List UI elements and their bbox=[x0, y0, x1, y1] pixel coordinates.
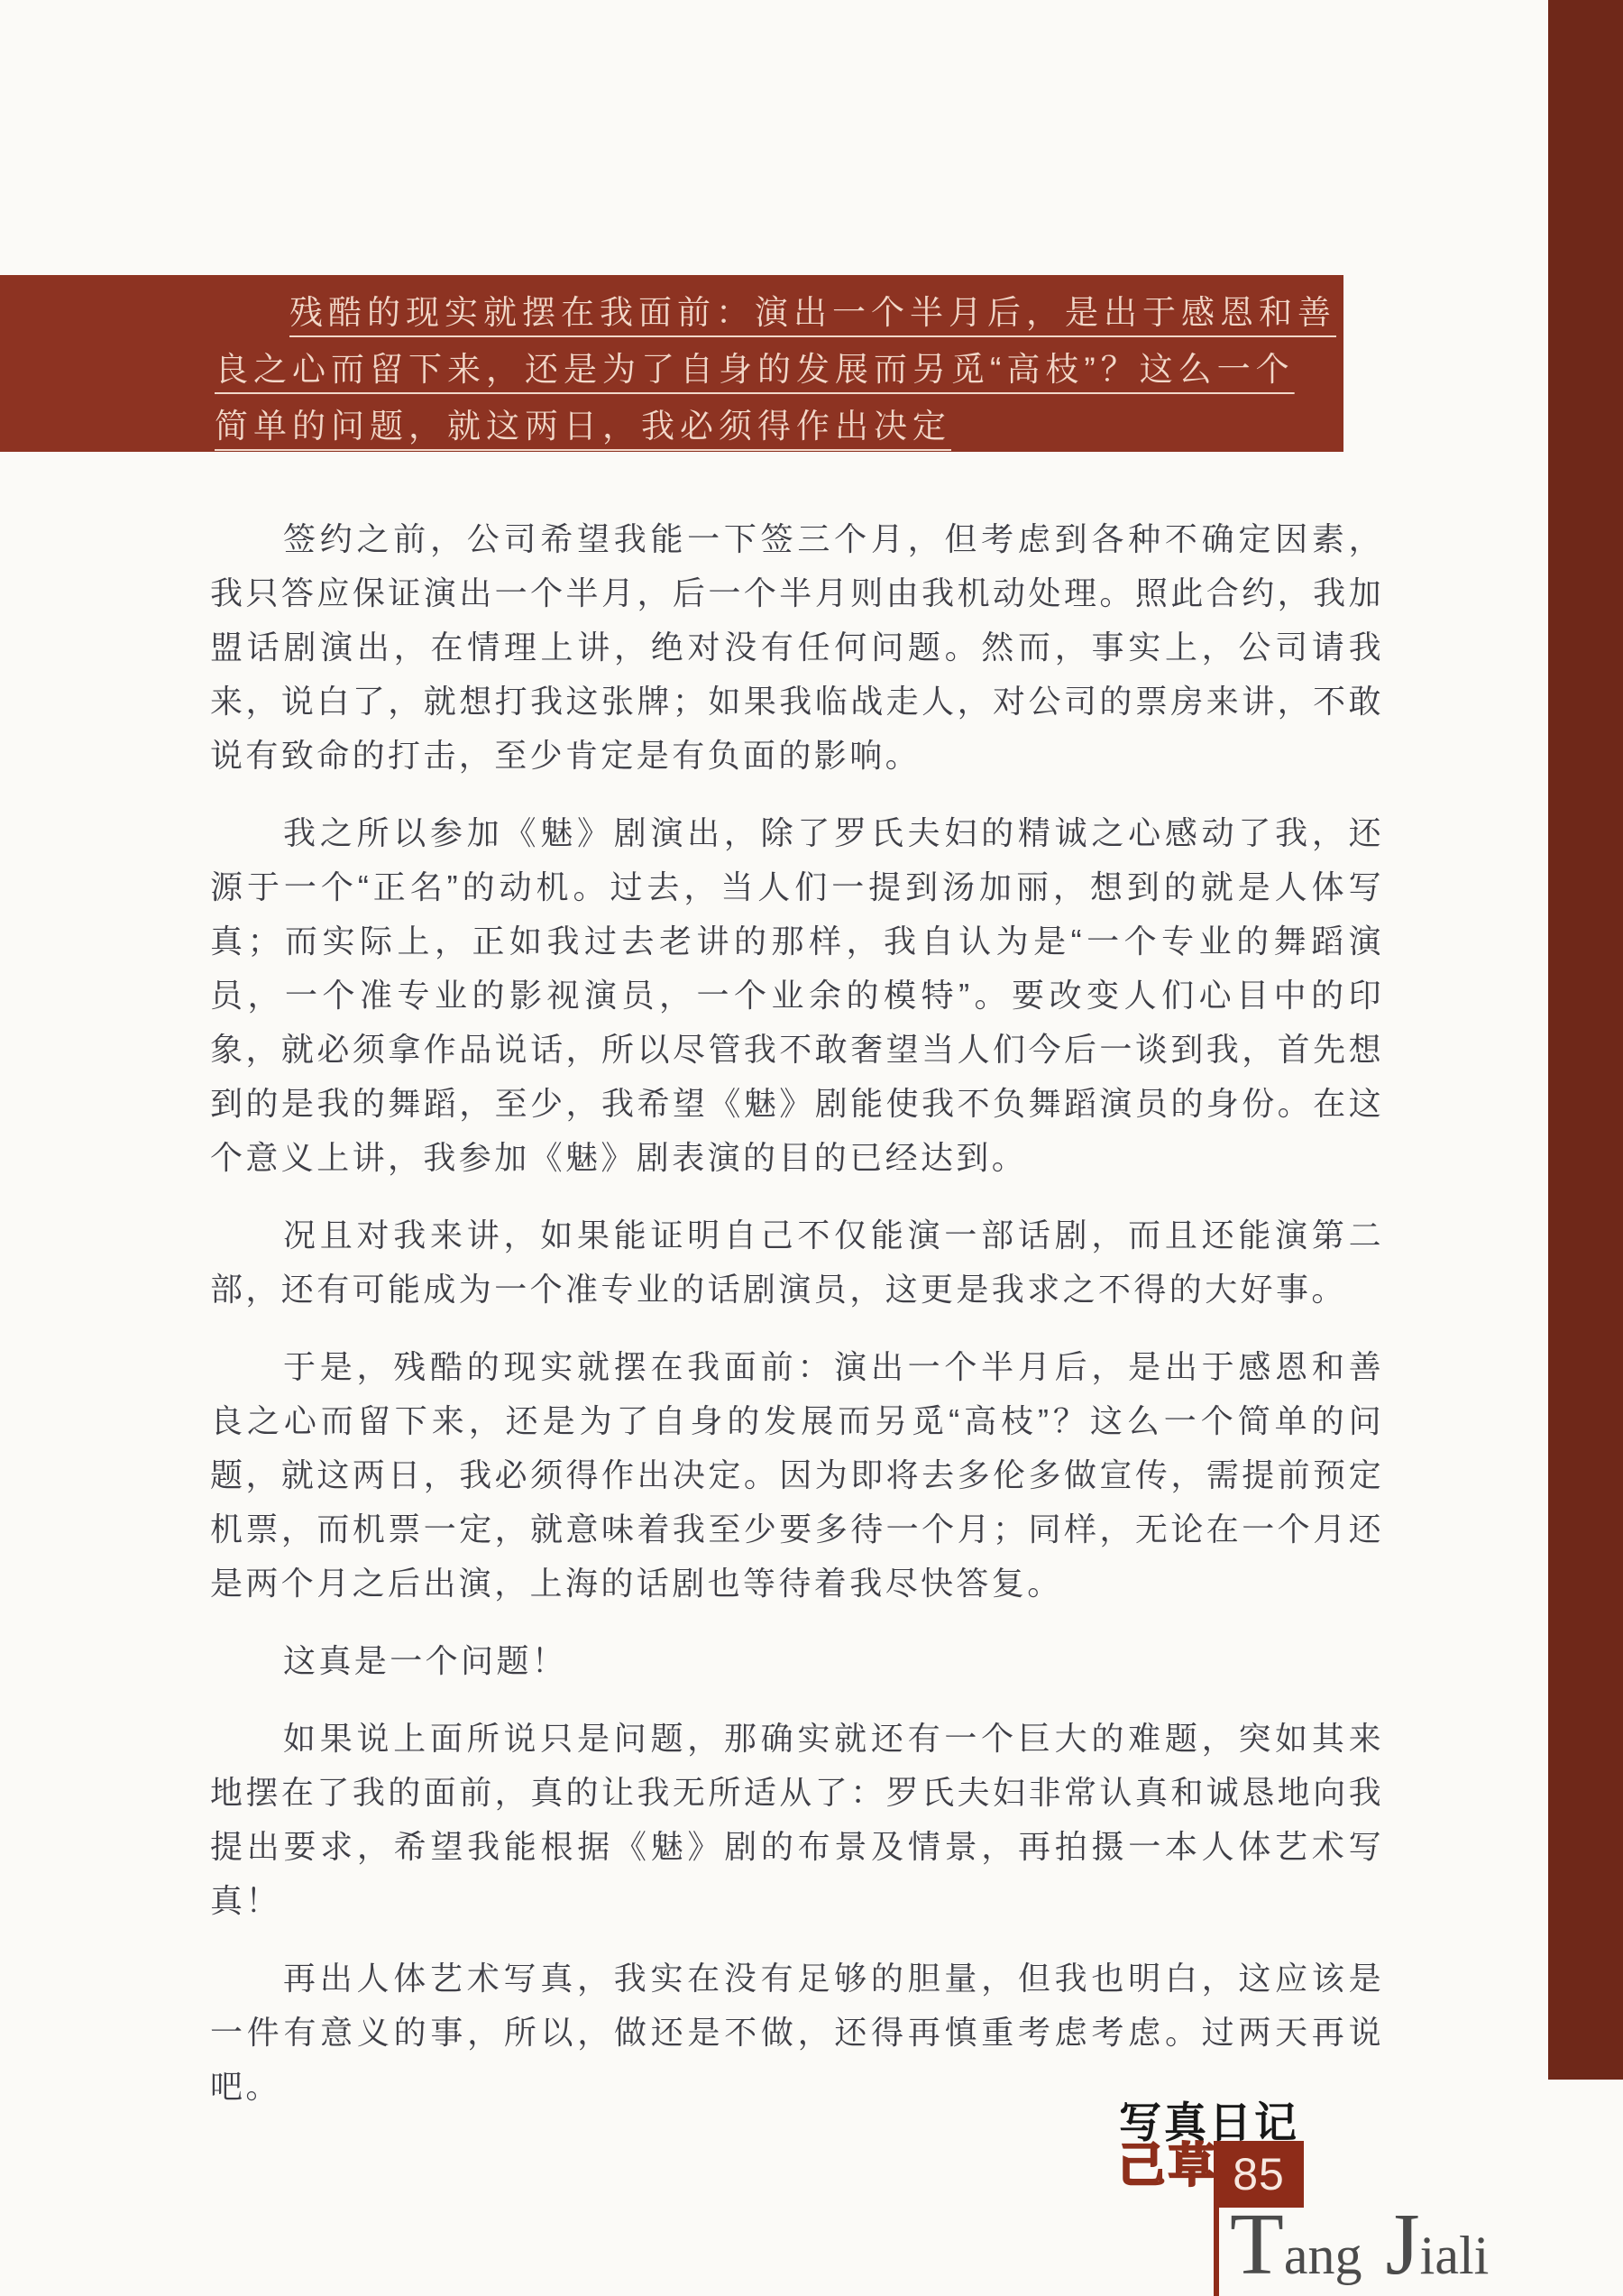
paragraph: 如果说上面所说只是问题，那确实就还有一个巨大的难题，突如其来地摆在了我的面前，真… bbox=[210, 1712, 1384, 1928]
author-initial: T bbox=[1230, 2196, 1284, 2293]
series-title: 写真日记 bbox=[1119, 2101, 1299, 2144]
page-edge-band bbox=[1548, 0, 1623, 2080]
paragraph: 况且对我来讲，如果能证明自己不仅能演一部话剧，而且还能演第二部，还有可能成为一个… bbox=[210, 1208, 1384, 1317]
paragraph: 再出人体艺术写真，我实在没有足够的胆量，但我也明白，这应该是一件有意义的事，所以… bbox=[210, 1952, 1384, 2114]
paragraph: 我之所以参加《魅》剧演出，除了罗氏夫妇的精诚之心感动了我，还源于一个“正名”的动… bbox=[210, 806, 1384, 1185]
stylized-red-logo: 己草 bbox=[1118, 2143, 1219, 2190]
author-initial: J bbox=[1386, 2196, 1420, 2293]
pull-quote-line: 简单的问题，就这两日，我必须得作出决定 bbox=[215, 398, 1343, 455]
paragraph: 这真是一个问题！ bbox=[210, 1634, 1384, 1688]
author-name: TangJiali bbox=[1230, 2200, 1489, 2289]
paragraph: 于是，残酷的现实就摆在我面前：演出一个半月后，是出于感恩和善良之心而留下来，还是… bbox=[210, 1340, 1384, 1611]
page-number: 85 bbox=[1233, 2152, 1285, 2197]
footer-vertical-rule bbox=[1214, 2208, 1219, 2296]
paragraph: 签约之前，公司希望我能一下签三个月，但考虑到各种不确定因素，我只答应保证演出一个… bbox=[210, 512, 1384, 783]
diary-body-text: 签约之前，公司希望我能一下签三个月，但考虑到各种不确定因素，我只答应保证演出一个… bbox=[210, 512, 1384, 2137]
pull-quote-banner: 残酷的现实就摆在我面前：演出一个半月后，是出于感恩和善 良之心而留下来，还是为了… bbox=[0, 275, 1343, 452]
pull-quote-line: 残酷的现实就摆在我面前：演出一个半月后，是出于感恩和善 bbox=[215, 284, 1343, 341]
pull-quote-line: 良之心而留下来，还是为了自身的发展而另觅“高枝”？这么一个 bbox=[215, 341, 1343, 398]
